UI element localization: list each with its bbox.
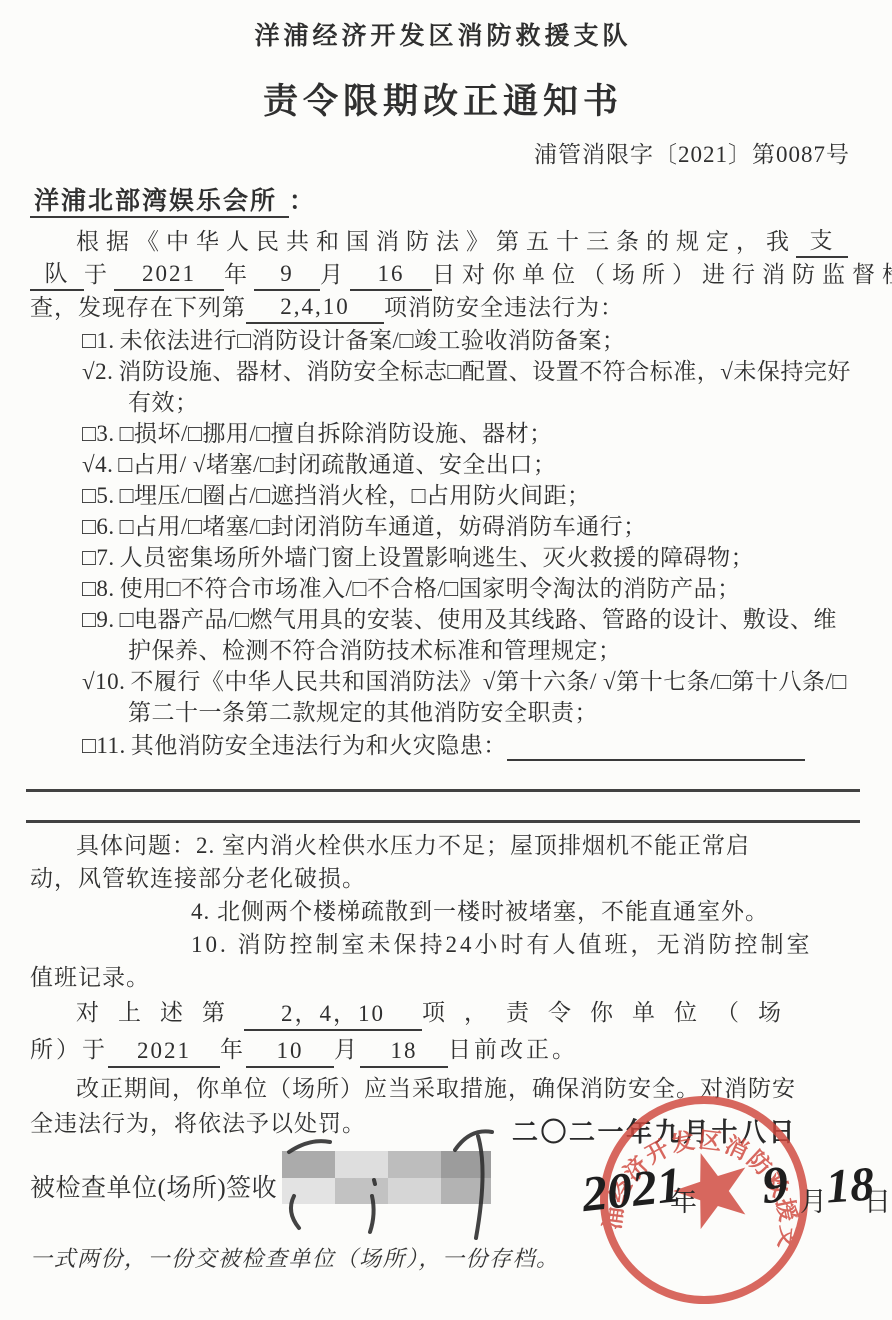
recipient-line: 洋浦北部湾娱乐会所：	[30, 181, 856, 217]
violation-text: 消防设施、器材、消防安全标志□配置、设置不符合标准，√未保持完好有效；	[118, 359, 851, 415]
violation-item: □11.其他消防安全违法行为和火灾隐患：	[82, 728, 856, 761]
checkbox-marker: □9.	[82, 607, 115, 632]
closing-line: 改正期间，你单位（场所）应当采取措施，确保消防安全。对消防安	[30, 1071, 856, 1106]
ruled-blank-line	[26, 792, 860, 823]
violation-text: □损坏/□挪用/□擅自拆除消防设施、器材；	[120, 421, 553, 446]
specific-problems-paragraph: 具体问题：2. 室内消火栓供水压力不足；屋顶排烟机不能正常启动，风管软连接部分老…	[30, 829, 856, 994]
filled-blank: 2021	[114, 258, 224, 291]
text-segment: 查，发现存在下列第	[30, 295, 246, 320]
intro-line: 查，发现存在下列第2,4,10项消防安全违法行为：	[30, 291, 856, 324]
printed-year-char: 年	[670, 1180, 697, 1219]
mosaic-blocks	[282, 1151, 491, 1204]
text-segment: 根据《中华人民共和国消防法》第五十三条的规定，我	[76, 229, 796, 254]
correction-order-paragraph: 对上述第2，4，10项，责令你单位（场所）于2021年10月18日前改正。	[30, 994, 856, 1068]
text-segment: 项，责令你单位（场	[422, 1000, 800, 1025]
document-page: 洋浦经济开发区消防救援支队 责令限期改正通知书 浦管消限字〔2021〕第0087…	[0, 0, 892, 1320]
issuing-authority: 洋浦经济开发区消防救援支队	[30, 16, 856, 52]
violation-item: □5.□埋压/□圈占/□遮挡消火栓，□占用防火间距；	[82, 480, 856, 511]
violation-text: 使用□不符合市场准入/□不合格/□国家明令淘汰的消防产品；	[120, 576, 741, 601]
document-number: 浦管消限字〔2021〕第0087号	[30, 136, 856, 169]
violation-text: □占用/□堵塞/□封闭消防车通道，妨碍消防车通行；	[120, 514, 647, 539]
text-segment: 日前改正。	[448, 1037, 578, 1062]
blank-ruled-lines	[30, 761, 856, 823]
filled-blank: 2,4,10	[246, 291, 384, 324]
violation-text: 不履行《中华人民共和国消防法》√第十六条/ √第十七条/□第十八条/□第二十一条…	[128, 669, 847, 725]
violation-item: □9.□电器产品/□燃气用具的安装、使用及其线路、管路的设计、敷设、维护保养、检…	[82, 604, 856, 666]
violation-item: □6.□占用/□堵塞/□封闭消防车通道，妨碍消防车通行；	[82, 511, 856, 542]
signature-mosaic	[270, 1125, 510, 1250]
problems-line: 值班记录。	[30, 961, 856, 994]
checkbox-marker: □5.	[82, 483, 115, 508]
text-segment: 对上述第	[76, 1000, 244, 1025]
filled-blank: 支	[796, 225, 848, 258]
text-segment: 日对你单位（场所）进行消防监督检	[432, 262, 892, 287]
filled-blank: 18	[360, 1035, 448, 1068]
text-segment: 年	[224, 262, 254, 287]
checkbox-marker: □3.	[82, 421, 115, 446]
violation-item: √4.□占用/ √堵塞/□封闭疏散通道、安全出口；	[82, 449, 856, 480]
filled-blank: 9	[254, 258, 320, 291]
checkbox-marker: √4.	[82, 452, 113, 477]
signature-receipt-label: 被检查单位(场所)签收	[30, 1168, 277, 1204]
text-segment: 项消防安全违法行为：	[384, 295, 624, 320]
handwritten-month: 9	[759, 1155, 790, 1216]
document-title: 责令限期改正通知书	[30, 74, 856, 124]
filled-blank: 2，4，10	[244, 998, 422, 1031]
violations-list: □1.未依法进行□消防设计备案/□竣工验收消防备案；√2.消防设施、器材、消防安…	[82, 325, 856, 761]
problems-line: 10. 消防控制室未保持24小时有人值班，无消防控制室	[30, 928, 856, 961]
text-segment: 于	[84, 262, 114, 287]
printed-day-char: 日	[864, 1180, 891, 1219]
document-content: 洋浦经济开发区消防救援支队 责令限期改正通知书 浦管消限字〔2021〕第0087…	[0, 0, 892, 1141]
violation-item: □7.人员密集场所外墙门窗上设置影响逃生、灭火救援的障碍物；	[82, 542, 856, 573]
empty-blank	[507, 728, 805, 761]
problems-line: 具体问题：2. 室内消火栓供水压力不足；屋顶排烟机不能正常启	[30, 829, 856, 862]
checkbox-marker: □7.	[82, 545, 115, 570]
problems-line: 动，风管软连接部分老化破损。	[30, 862, 856, 895]
problems-line: 4. 北侧两个楼梯疏散到一楼时被堵塞，不能直通室外。	[30, 895, 856, 928]
order-line: 对上述第2，4，10项，责令你单位（场	[30, 994, 856, 1031]
violation-item: □1.未依法进行□消防设计备案/□竣工验收消防备案；	[82, 325, 856, 356]
filled-blank: 16	[350, 258, 432, 291]
checkbox-marker: □11.	[82, 733, 126, 758]
filled-blank: 队	[30, 258, 84, 291]
text-segment: 所）于	[30, 1037, 108, 1062]
violation-text: □占用/ √堵塞/□封闭疏散通道、安全出口；	[118, 452, 556, 477]
filled-blank: 10	[246, 1035, 334, 1068]
intro-line: 根据《中华人民共和国消防法》第五十三条的规定，我支	[30, 225, 856, 258]
violation-item: √10.不履行《中华人民共和国消防法》√第十六条/ √第十七条/□第十八条/□第…	[82, 666, 856, 728]
text-segment: 月	[320, 262, 350, 287]
violation-text: 人员密集场所外墙门窗上设置影响逃生、灭火救援的障碍物；	[120, 545, 755, 570]
checkbox-marker: √2.	[82, 359, 113, 384]
checkbox-marker: □6.	[82, 514, 115, 539]
violation-text: □埋压/□圈占/□遮挡消火栓，□占用防火间距；	[120, 483, 591, 508]
order-line: 所）于2021年10月18日前改正。	[30, 1031, 856, 1068]
intro-line: 队于2021年9月16日对你单位（场所）进行消防监督检	[30, 258, 856, 291]
recipient-name: 洋浦北部湾娱乐会所	[30, 188, 289, 218]
intro-paragraph: 根据《中华人民共和国消防法》第五十三条的规定，我支队于2021年9月16日对你单…	[30, 225, 856, 324]
violation-text: □电器产品/□燃气用具的安装、使用及其线路、管路的设计、敷设、维护保养、检测不符…	[120, 607, 837, 663]
ruled-blank-line	[26, 761, 860, 792]
checkbox-marker: □8.	[82, 576, 115, 601]
violation-text: 其他消防安全违法行为和火灾隐患：	[131, 733, 507, 758]
violation-item: √2.消防设施、器材、消防安全标志□配置、设置不符合标准，√未保持完好有效；	[82, 356, 856, 418]
printed-month-char: 月	[800, 1180, 827, 1219]
recipient-colon: ：	[289, 188, 314, 215]
filled-blank: 2021	[108, 1035, 220, 1068]
violation-text: 未依法进行□消防设计备案/□竣工验收消防备案；	[120, 328, 626, 353]
violation-item: □3.□损坏/□挪用/□擅自拆除消防设施、器材；	[82, 418, 856, 449]
copies-note: 一式两份，一份交被检查单位（场所），一份存档。	[30, 1242, 560, 1273]
text-segment: 年	[220, 1037, 246, 1062]
text-segment: 月	[334, 1037, 360, 1062]
violation-item: □8.使用□不符合市场准入/□不合格/□国家明令淘汰的消防产品；	[82, 573, 856, 604]
issue-date: 二〇二一年九月十八日	[512, 1112, 797, 1149]
handwritten-year: 2021	[579, 1155, 685, 1223]
checkbox-marker: √10.	[82, 669, 125, 694]
checkbox-marker: □1.	[82, 328, 115, 353]
